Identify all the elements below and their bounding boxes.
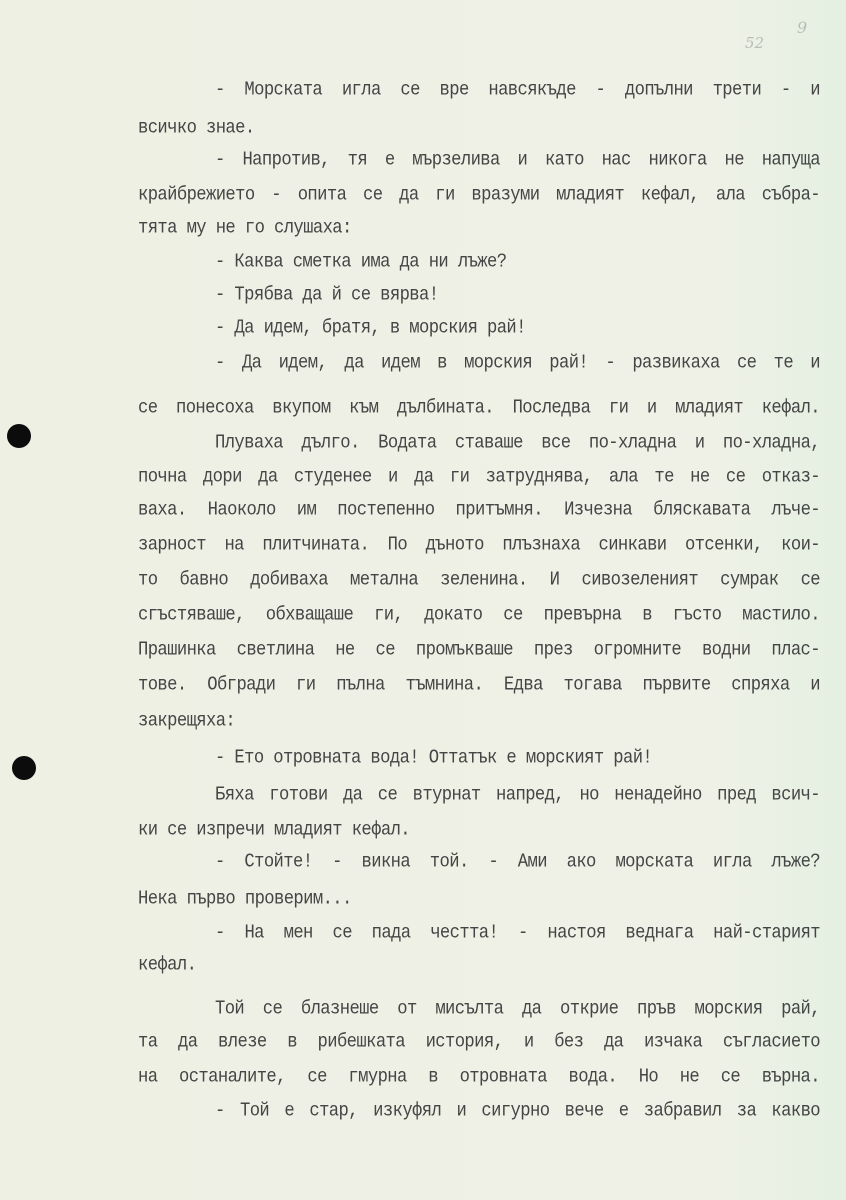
text-line: то бавно добиваха метална зеленина. И си… — [138, 569, 820, 594]
text-line: Плуваха дълго. Водата ставаше все по-хла… — [215, 432, 820, 457]
text-line: - Да идем, братя, в морския рай! — [215, 317, 526, 342]
text-line: Нека първо проверим... — [138, 888, 352, 913]
text-line: Прашинка светлина не се промъкваше през … — [138, 639, 820, 664]
page-number-pencil: 52 — [745, 34, 764, 52]
text-line: - Трябва да й се вярва! — [215, 284, 438, 309]
text-line: ки се изпречи младият кефал. — [138, 819, 410, 844]
text-line: - Напротив, тя е мързелива и като нас ни… — [215, 149, 820, 174]
text-line: - Морската игла се вре навсякъде - допъл… — [215, 79, 820, 104]
text-line: Той се блазнеше от мисълта да открие пръ… — [215, 998, 820, 1023]
text-line: - Да идем, да идем в морския рай! - разв… — [215, 352, 820, 377]
text-line: та да влезе в рибешката история, и без д… — [138, 1031, 820, 1056]
text-line: - Каква сметка има да ни лъже? — [215, 251, 506, 276]
text-line: крайбрежието - опита се да ги вразуми мл… — [138, 184, 820, 209]
text-line: тове. Обгради ги пълна тъмнина. Едва тог… — [138, 674, 820, 699]
text-line: - Стойте! - викна той. - Ами ако морскат… — [215, 851, 820, 876]
text-line: Бяха готови да се втурнат напред, но нен… — [215, 784, 820, 809]
text-line: - На мен се пада честта! - настоя веднаг… — [215, 922, 820, 947]
text-line: на останалите, се гмурна в отровната вод… — [138, 1066, 820, 1091]
punch-hole — [12, 756, 36, 780]
text-line: сгъстяваше, обхващаше ги, докато се прев… — [138, 604, 820, 629]
punch-hole — [7, 424, 31, 448]
text-line: - Той е стар, изкуфял и сигурно вече е з… — [215, 1100, 820, 1125]
text-line: тята му не го слушаха: — [138, 217, 352, 242]
text-line: кефал. — [138, 954, 196, 979]
text-line: зарност на плитчината. По дъното плъзнах… — [138, 534, 820, 559]
text-line: се понесоха вкупом към дълбината. Послед… — [138, 397, 820, 422]
text-line: всичко знае. — [138, 117, 255, 142]
text-line: ваха. Наоколо им постепенно притъмня. Из… — [138, 499, 820, 524]
page-number-ink: 9 — [797, 18, 807, 37]
text-line: - Ето отровната вода! Оттатък е морският… — [215, 747, 652, 772]
text-line: закрещяха: — [138, 710, 235, 735]
text-line: почна дори да студенее и да ги затрудняв… — [138, 466, 820, 491]
typewritten-page: 52 9 - Морската игла се вре навсякъде - … — [0, 0, 846, 1200]
